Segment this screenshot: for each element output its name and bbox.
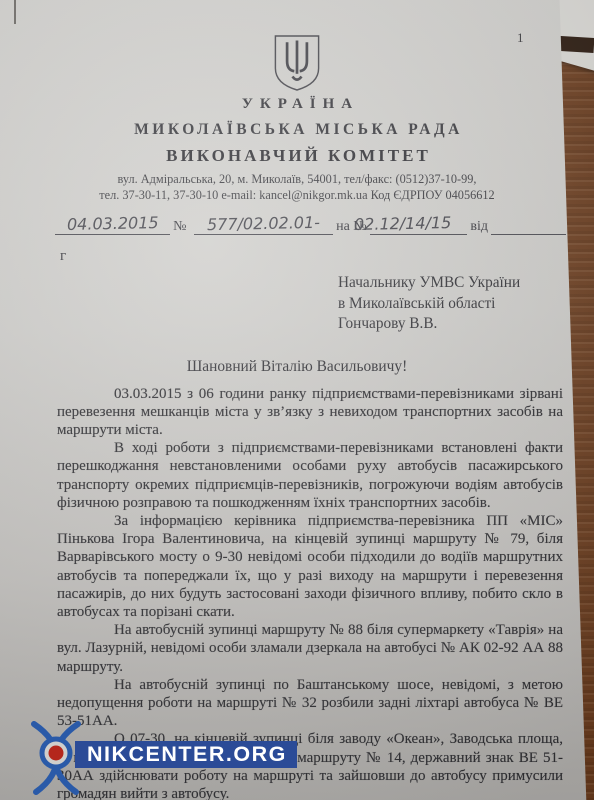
letter-body: 03.03.2015 з 06 години ранку підприємств… <box>57 385 563 800</box>
photo-of-letter: 1 УКРАЇНА МИКОЛАЇВСЬКА МІСЬКА РАДА ВИКОН… <box>0 0 594 800</box>
addressee-line1: Начальнику УМВС України <box>338 273 594 294</box>
handwritten-reply-number: 02.12/14/15 <box>354 213 452 234</box>
handwritten-number: 577/02.02.01- <box>207 213 320 234</box>
body-paragraph: На автобусній зупинці маршруту № 88 біля… <box>57 621 563 676</box>
outgoing-date-blank: 04.03.2015 <box>55 214 170 235</box>
addressee-block: Начальнику УМВС України в Миколаївській … <box>338 273 594 335</box>
letterhead-country: УКРАЇНА <box>0 96 594 113</box>
nikcenter-watermark: NIKCENTER.ORG <box>75 741 297 768</box>
reference-line: 04.03.2015 № 577/02.02.01- на № 02.12/14… <box>55 214 566 235</box>
letter-content: 1 УКРАЇНА МИКОЛАЇВСЬКА МІСЬКА РАДА ВИКОН… <box>0 0 594 800</box>
staple-mark <box>14 0 16 24</box>
corner-mark: г <box>60 248 594 265</box>
from-date-blank <box>491 218 566 235</box>
body-paragraph: За інформацією керівника підприємства-пе… <box>57 512 563 621</box>
letterhead-committee: ВИКОНАВЧИЙ КОМІТЕТ <box>0 146 594 166</box>
reply-number-blank: 02.12/14/15 <box>370 214 468 235</box>
addressee-line2: в Миколаївській області <box>338 294 594 315</box>
handwritten-date: 04.03.2015 <box>67 213 159 234</box>
salutation: Шановний Віталію Васильовичу! <box>0 358 594 376</box>
body-paragraph: В ході роботи з підприємствами-перевізни… <box>57 439 563 512</box>
letterhead-address: вул. Адміральська, 20, м. Миколаїв, 5400… <box>0 172 594 203</box>
letterhead-council: МИКОЛАЇВСЬКА МІСЬКА РАДА <box>0 121 594 139</box>
from-label: від <box>467 219 491 235</box>
ukraine-trident-icon <box>270 34 324 92</box>
letterhead-address-line1: вул. Адміральська, 20, м. Миколаїв, 5400… <box>0 172 594 188</box>
outgoing-number-blank: 577/02.02.01- <box>194 214 334 235</box>
body-paragraph: 03.03.2015 з 06 години ранку підприємств… <box>57 385 563 440</box>
page-number: 1 <box>517 30 524 46</box>
body-paragraph: На автобусній зупинці по Баштанському шо… <box>57 676 563 731</box>
letterhead-address-line2: тел. 37-30-11, 37-30-10 e-mail: kancel@n… <box>0 188 594 204</box>
letter-page: 1 УКРАЇНА МИКОЛАЇВСЬКА МІСЬКА РАДА ВИКОН… <box>0 0 594 800</box>
number-label: № <box>170 219 189 235</box>
addressee-line3: Гончарову В.В. <box>338 314 594 335</box>
